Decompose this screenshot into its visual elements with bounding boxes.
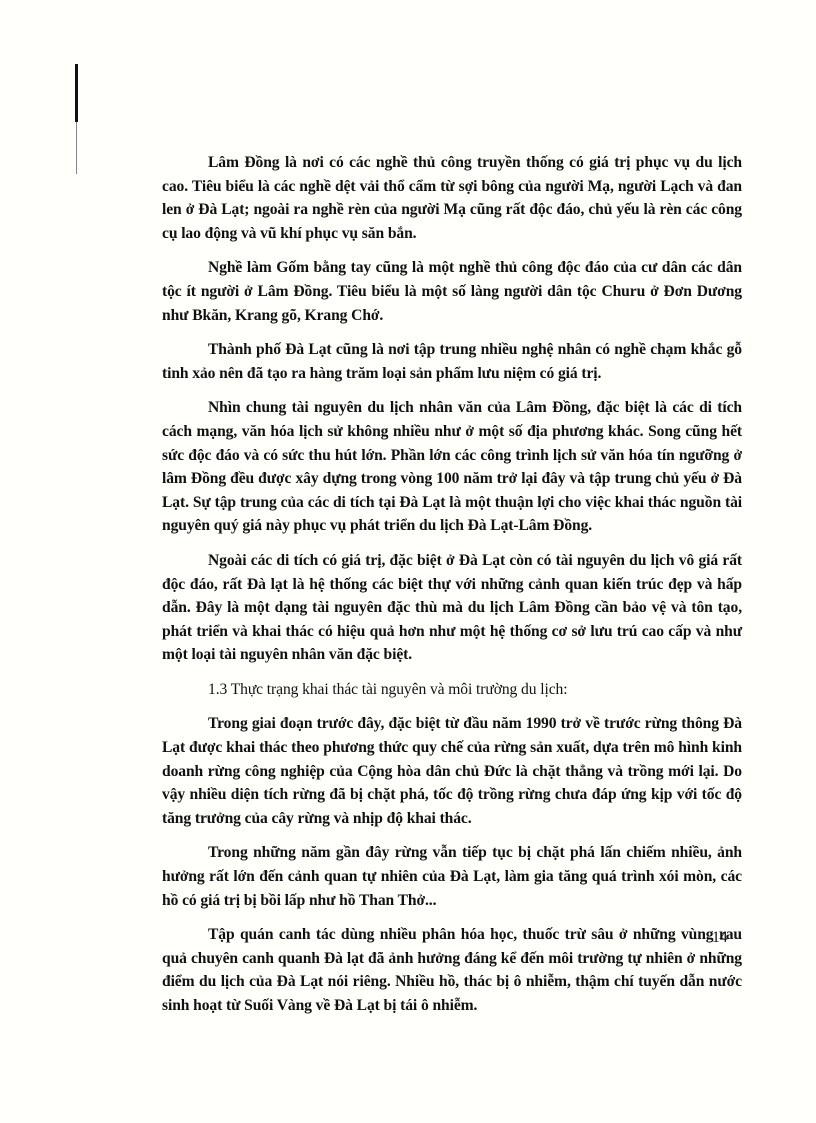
- scan-margin-mark-tail: [76, 122, 77, 174]
- paragraph-pollution: Tập quán canh tác dùng nhiều phân hóa họ…: [162, 923, 742, 1017]
- scan-margin-mark: [75, 64, 78, 122]
- page-number: 14: [712, 929, 728, 947]
- paragraph-villas: Ngoài các di tích có giá trị, đặc biệt ở…: [162, 549, 742, 667]
- paragraph-pottery: Nghề làm Gốm bằng tay cũng là một nghề t…: [162, 256, 742, 327]
- page-body: Lâm Đồng là nơi có các nghề thủ công tru…: [162, 151, 742, 1029]
- paragraph-handicrafts: Lâm Đồng là nơi có các nghề thủ công tru…: [162, 151, 742, 245]
- paragraph-deforestation: Trong những năm gần đây rừng vẫn tiếp tụ…: [162, 841, 742, 912]
- paragraph-forest-exploitation: Trong giai đoạn trước đây, đặc biệt từ đ…: [162, 712, 742, 830]
- section-heading: 1.3 Thực trạng khai thác tài nguyên và m…: [162, 678, 742, 702]
- paragraph-historical-sites: Nhìn chung tài nguyên du lịch nhân văn c…: [162, 396, 742, 538]
- paragraph-wood-carving: Thành phố Đà Lạt cũng là nơi tập trung n…: [162, 338, 742, 385]
